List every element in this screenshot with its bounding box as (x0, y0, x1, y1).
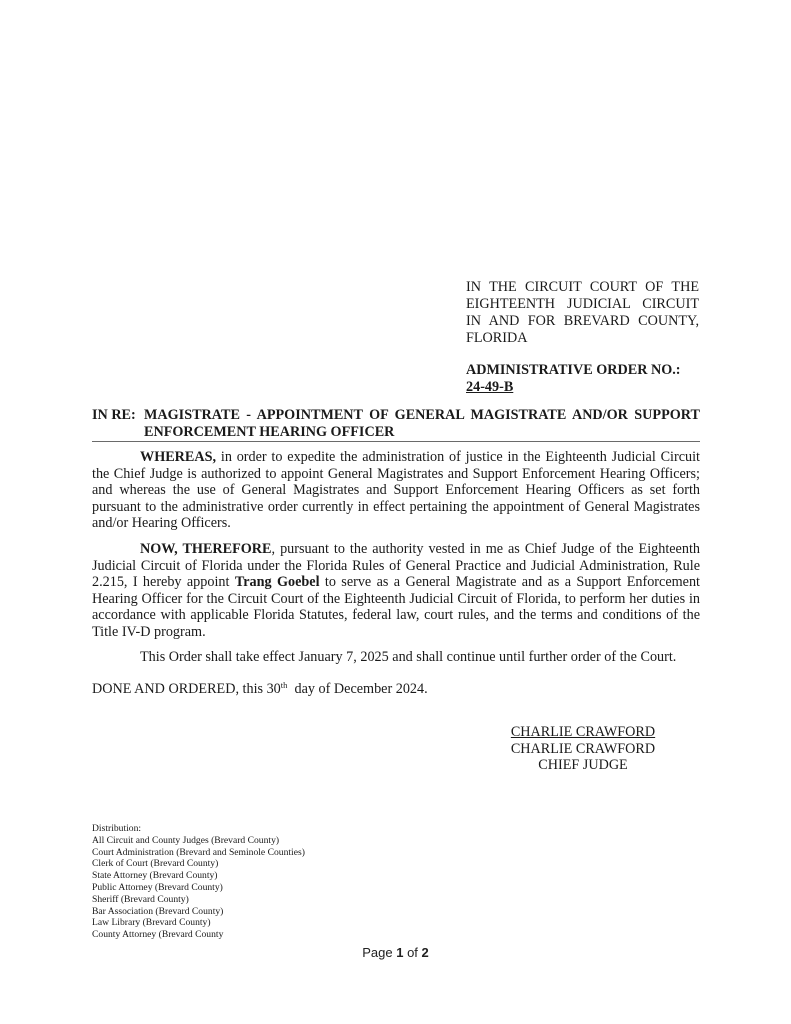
caption-line: IN THE CIRCUIT COURT OF THE (466, 279, 699, 296)
effective-date-text: This Order shall take effect January 7, … (92, 649, 700, 666)
done-prefix: DONE AND ORDERED, this 30 (92, 681, 281, 697)
distribution-recipient: Public Attorney (Brevard County) (92, 882, 305, 894)
distribution-recipient: County Attorney (Brevard County (92, 929, 305, 941)
heading-divider (92, 441, 700, 442)
distribution-recipient: Law Library (Brevard County) (92, 917, 305, 929)
administrative-order-number: ADMINISTRATIVE ORDER NO.: 24-49-B (466, 362, 681, 395)
distribution-heading: Distribution: (92, 823, 305, 835)
effective-date-paragraph: This Order shall take effect January 7, … (92, 649, 700, 666)
distribution-recipient: Clerk of Court (Brevard County) (92, 858, 305, 870)
appointee-name: Trang Goebel (235, 574, 320, 590)
distribution-list: Distribution: All Circuit and County Jud… (92, 823, 305, 941)
now-therefore-paragraph: NOW, THEREFORE, pursuant to the authorit… (92, 541, 700, 641)
subject-line-1: MAGISTRATE - APPOINTMENT OF GENERAL MAGI… (144, 407, 700, 424)
in-re-heading: IN RE: MAGISTRATE - APPOINTMENT OF GENER… (92, 407, 700, 440)
subject-line-2: ENFORCEMENT HEARING OFFICER (144, 424, 394, 440)
distribution-recipient: All Circuit and County Judges (Brevard C… (92, 835, 305, 847)
distribution-recipient: State Attorney (Brevard County) (92, 870, 305, 882)
distribution-recipient: Bar Association (Brevard County) (92, 906, 305, 918)
now-therefore-lead: NOW, THEREFORE (140, 541, 272, 557)
of-label: of (403, 945, 421, 960)
caption-line: FLORIDA (466, 330, 699, 347)
in-re-label: IN RE: (92, 407, 136, 424)
done-suffix: day of December 2024. (287, 681, 427, 697)
done-and-ordered: DONE AND ORDERED, this 30th day of Decem… (92, 681, 428, 698)
court-caption: IN THE CIRCUIT COURT OF THE EIGHTEENTH J… (466, 279, 699, 347)
in-re-subject: MAGISTRATE - APPOINTMENT OF GENERAL MAGI… (144, 407, 700, 440)
whereas-paragraph: WHEREAS, in order to expedite the admini… (92, 449, 700, 532)
signature-block: CHARLIE CRAWFORD CHARLIE CRAWFORD CHIEF … (500, 724, 666, 774)
distribution-recipient: Sheriff (Brevard County) (92, 894, 305, 906)
printed-name: CHARLIE CRAWFORD (500, 741, 666, 758)
signature: CHARLIE CRAWFORD (500, 724, 666, 741)
page-footer: Page 1 of 2 (0, 945, 791, 960)
order-label: ADMINISTRATIVE ORDER NO.: (466, 362, 681, 378)
whereas-lead: WHEREAS, (140, 449, 216, 465)
total-pages: 2 (422, 945, 429, 960)
caption-line: EIGHTEENTH JUDICIAL CIRCUIT (466, 296, 699, 313)
order-number: 24-49-B (466, 379, 681, 396)
document-page: IN THE CIRCUIT COURT OF THE EIGHTEENTH J… (0, 0, 791, 1024)
page-label: Page (362, 945, 396, 960)
distribution-recipient: Court Administration (Brevard and Semino… (92, 847, 305, 859)
caption-line: IN AND FOR BREVARD COUNTY, (466, 313, 699, 330)
judge-title: CHIEF JUDGE (500, 757, 666, 774)
